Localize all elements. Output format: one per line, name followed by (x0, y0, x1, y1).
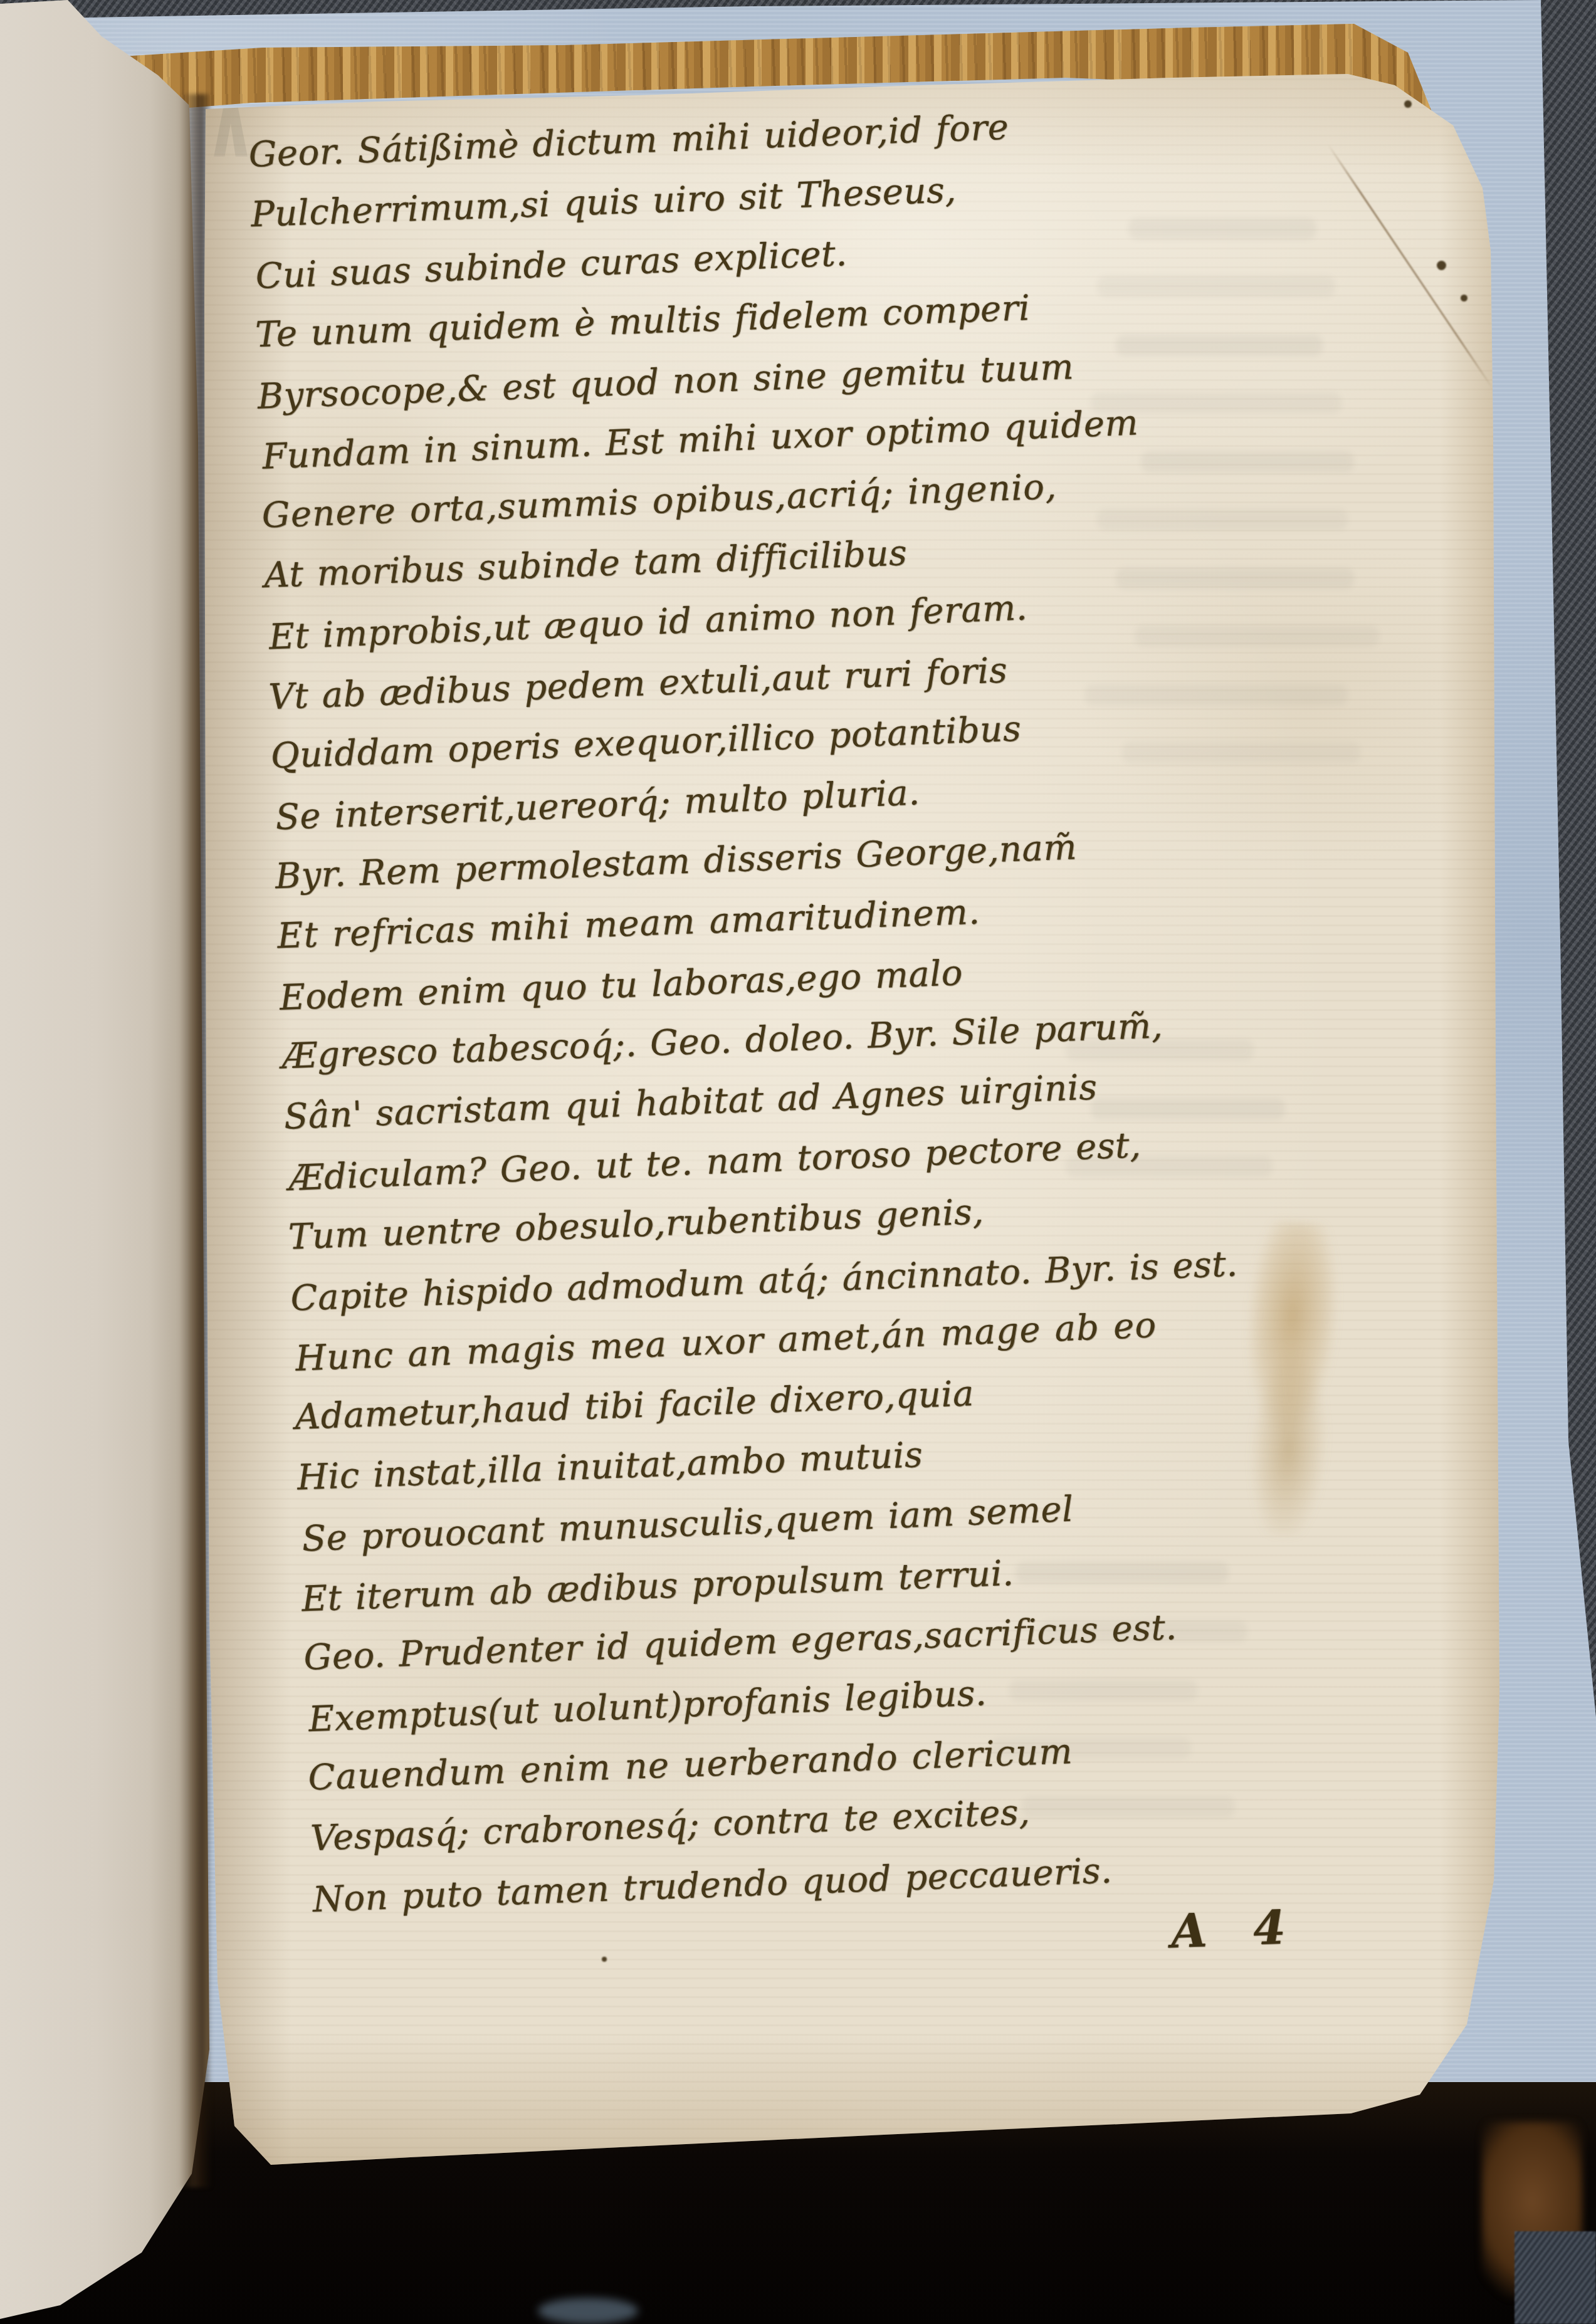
verse-text-block: Geor. Sátißimè dictum mihi uideor,id for… (248, 83, 1466, 1929)
worm-hole (1404, 100, 1412, 108)
worm-hole (1461, 295, 1467, 301)
photo-of-open-book: { "meta": { "description": "Photograph o… (0, 0, 1596, 2324)
worm-hole (1437, 261, 1446, 270)
ink-speck (602, 1957, 607, 1962)
book-page: Geor. Sátißimè dictum mihi uideor,id for… (201, 69, 1504, 2181)
fabric-corner (1515, 2231, 1596, 2324)
signature-mark: A 4 (1170, 1901, 1287, 1959)
endpaper-speck (538, 2298, 638, 2324)
